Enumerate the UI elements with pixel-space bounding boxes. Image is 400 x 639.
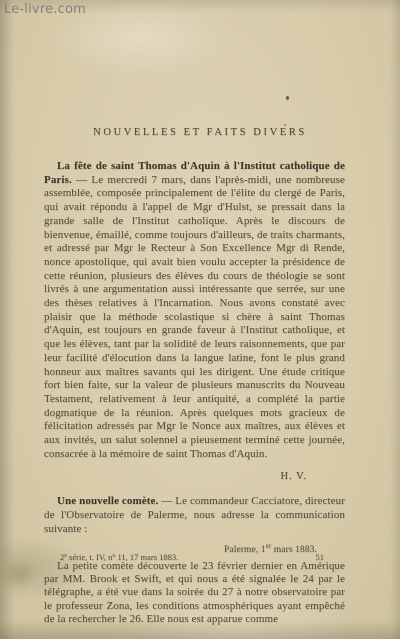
scanned-page: Le-livre.com NOUVELLES ET FAITS DIVERS L… bbox=[0, 0, 400, 639]
article-comete-intro: Une nouvelle comète. — Le commandeur Cac… bbox=[44, 495, 345, 536]
article-comete-body: La petite comète découverte le 23 févrie… bbox=[44, 560, 345, 626]
watermark-text: Le-livre.com bbox=[4, 2, 86, 17]
footer-edition-part: 11, 17 mars 1883. bbox=[115, 552, 178, 562]
ink-speck bbox=[286, 96, 289, 100]
page-number: 51 bbox=[316, 552, 325, 562]
article-fete-paragraph: La fête de saint Thomas d'Aquin à l'Inst… bbox=[44, 160, 345, 461]
ink-speck bbox=[284, 124, 286, 126]
article-fete-body: — Le mercredi 7 mars, dans l'après-midi,… bbox=[44, 174, 345, 460]
footer-edition-part: série, t. IV, n bbox=[67, 552, 112, 562]
article-fete-signature: H. V. bbox=[44, 470, 307, 484]
paper-smudge bbox=[2, 560, 36, 590]
footer-edition: 2e série, t. IV, no 11, 17 mars 1883. bbox=[60, 552, 178, 562]
section-header: NOUVELLES ET FAITS DIVERS bbox=[0, 127, 400, 138]
page-footer: 2e série, t. IV, no 11, 17 mars 1883. 51 bbox=[0, 552, 400, 562]
article-comete-title: Une nouvelle comète. bbox=[57, 495, 158, 507]
